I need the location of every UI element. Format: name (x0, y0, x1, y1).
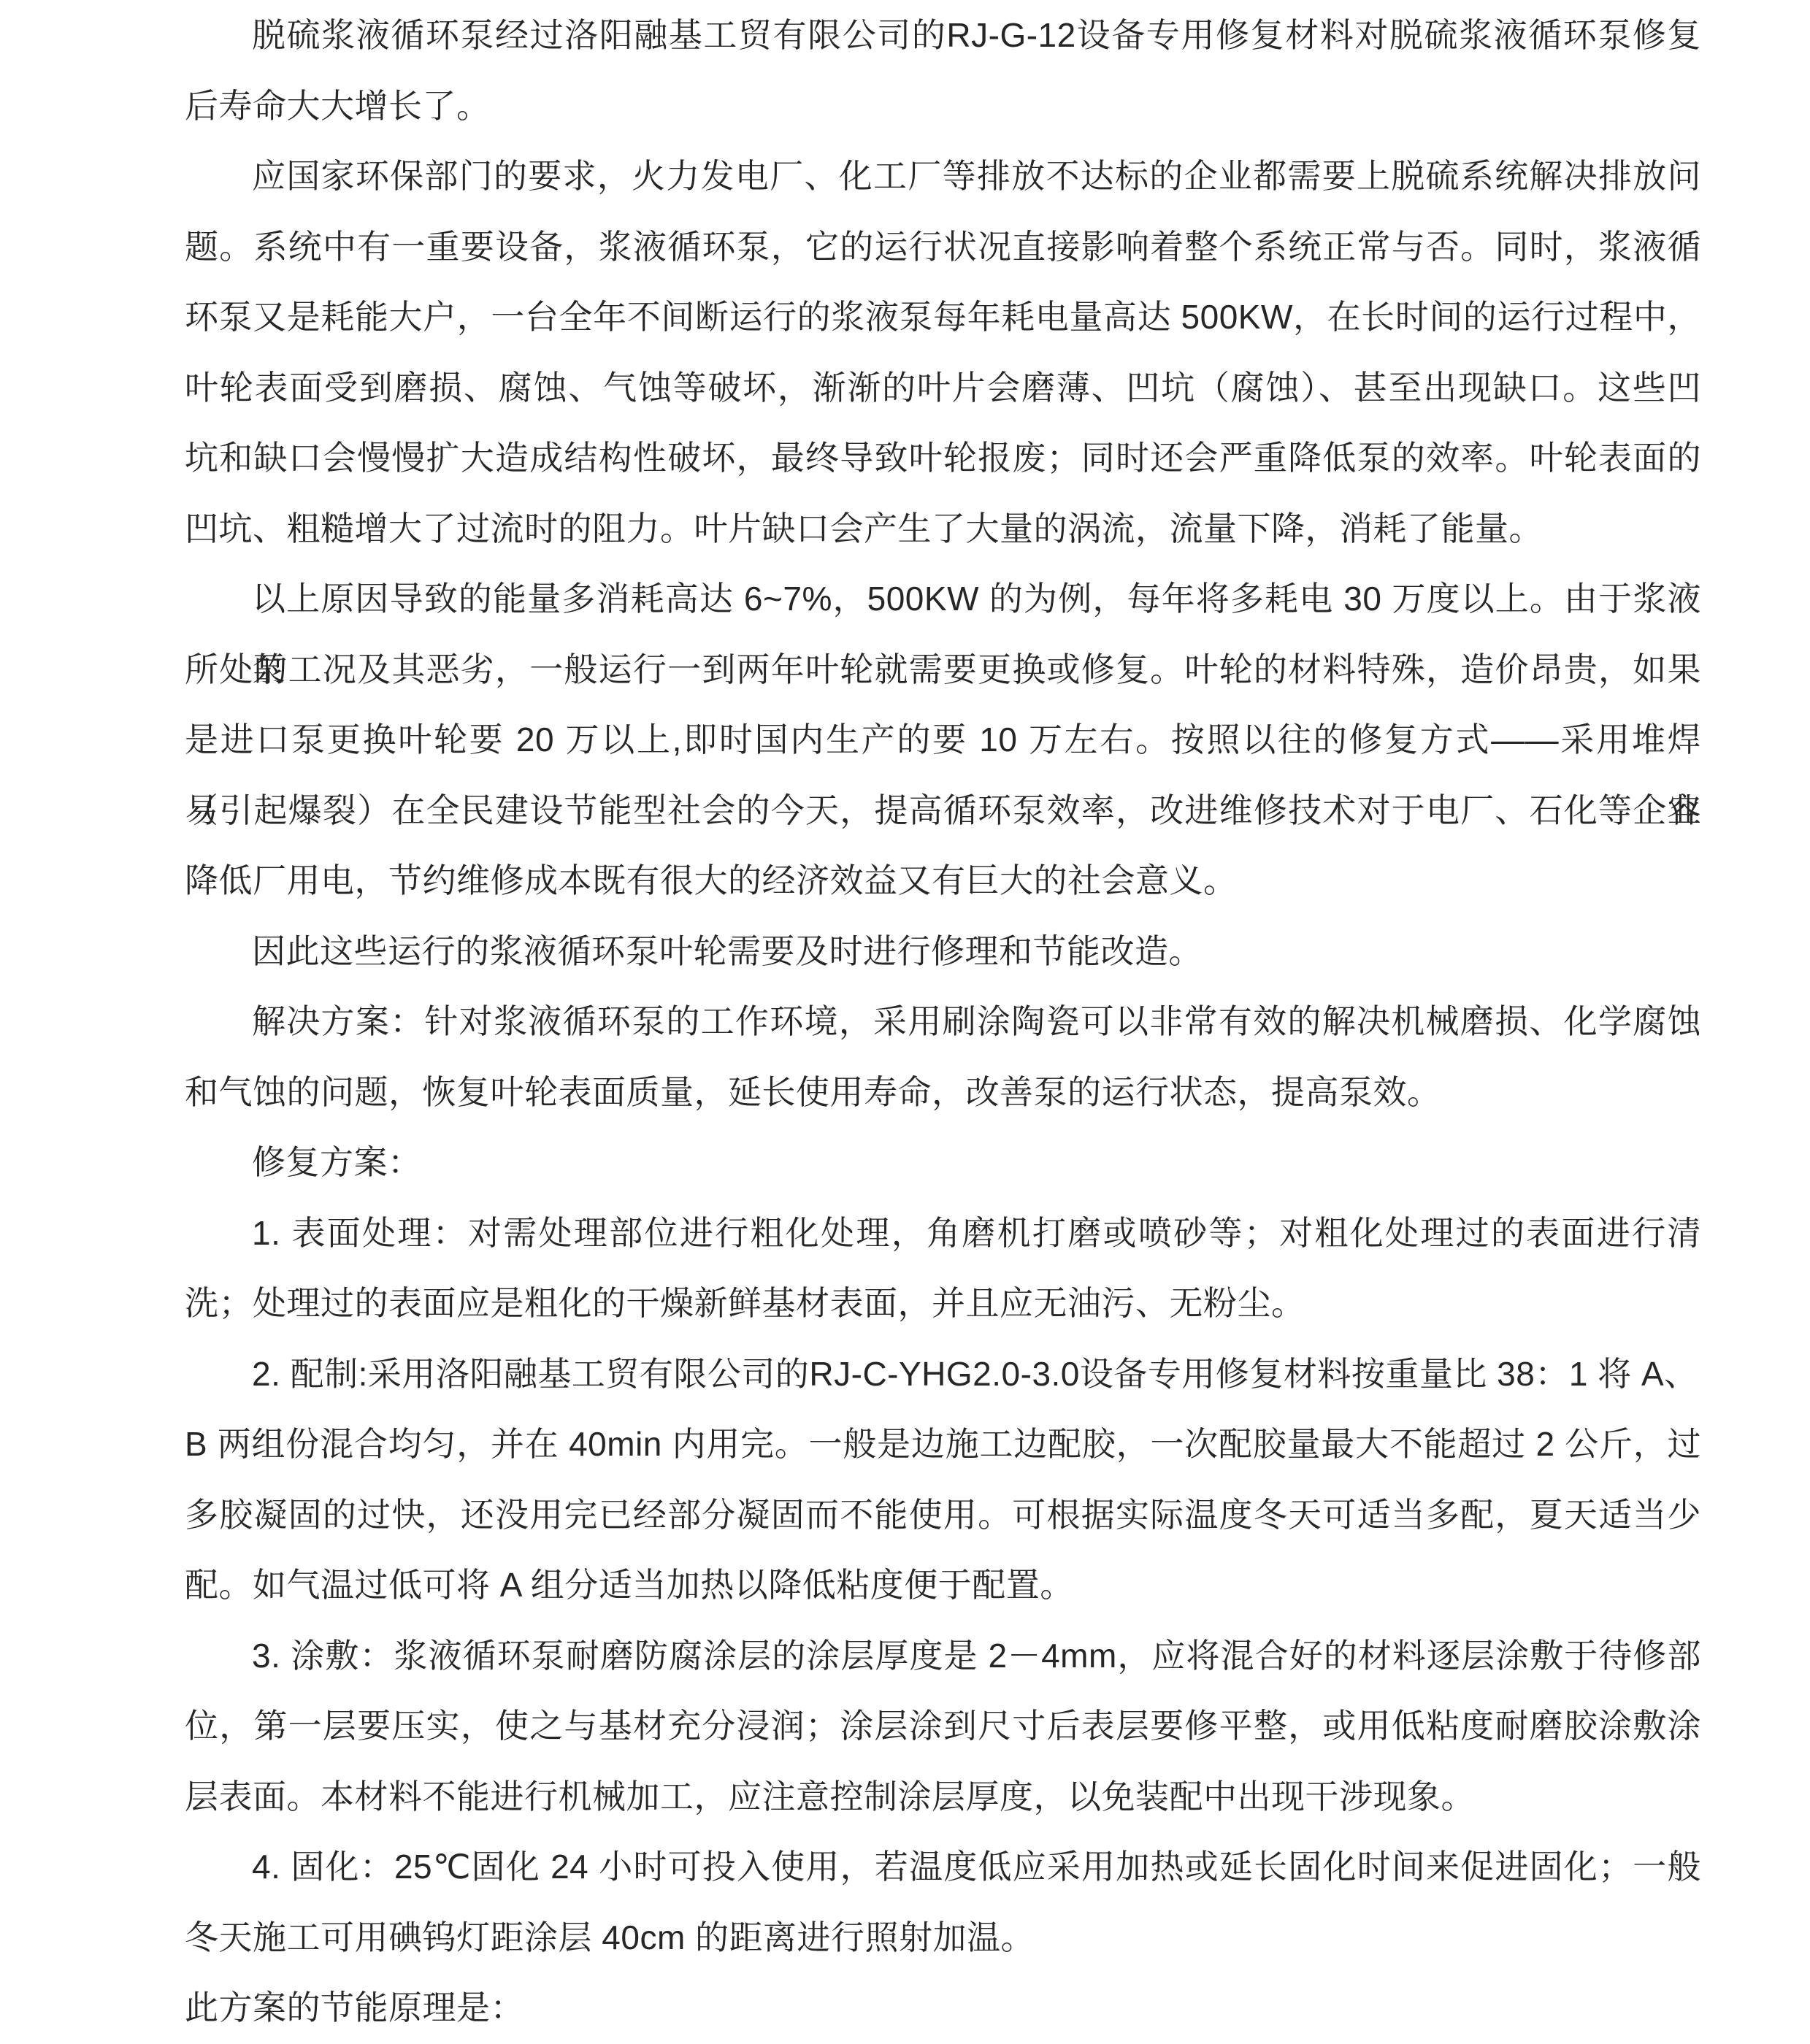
text-line: 脱硫浆液循环泵经过洛阳融基工贸有限公司的RJ-G-12设备专用修复材料对脱硫浆液… (185, 0, 1701, 71)
text-line: 应国家环保部门的要求，火力发电厂、化工厂等排放不达标的企业都需要上脱硫系统解决排… (185, 141, 1701, 212)
text-line: 叶轮表面受到磨损、腐蚀、气蚀等破坏，渐渐的叶片会磨薄、凹坑（腐蚀）、甚至出现缺口… (185, 353, 1701, 423)
text-line: 以上原因导致的能量多消耗高达 6~7%，500KW 的为例，每年将多耗电 30 … (185, 564, 1701, 634)
text-line: 题。系统中有一重要设备，浆液循环泵，它的运行状况直接影响着整个系统正常与否。同时… (185, 212, 1701, 283)
text-line: 凹坑、粗糙增大了过流时的阻力。叶片缺口会产生了大量的涡流，流量下降，消耗了能量。 (185, 493, 1701, 564)
text-line: 洗；处理过的表面应是粗化的干燥新鲜基材表面，并且应无油污、无粉尘。 (185, 1268, 1701, 1339)
text-line: 4. 固化：25℃固化 24 小时可投入使用，若温度低应采用加热或延长固化时间来… (185, 1832, 1701, 1902)
text-line: 1. 表面处理：对需处理部位进行粗化处理，角磨机打磨或喷砂等；对粗化处理过的表面… (185, 1198, 1701, 1269)
text-line: 因此这些运行的浆液循环泵叶轮需要及时进行修理和节能改造。 (185, 916, 1701, 987)
text-line: 后寿命大大增长了。 (185, 71, 1701, 142)
text-line: B 两组份混合均匀，并在 40min 内用完。一般是边施工边配胶，一次配胶量最大… (185, 1409, 1701, 1480)
text-line: 所处的工况及其恶劣，一般运行一到两年叶轮就需要更换或修复。叶轮的材料特殊，造价昂… (185, 634, 1701, 705)
text-line: 坑和缺口会慢慢扩大造成结构性破坏，最终导致叶轮报废；同时还会严重降低泵的效率。叶… (185, 423, 1701, 493)
document-text-block: 脱硫浆液循环泵经过洛阳融基工贸有限公司的RJ-G-12设备专用修复材料对脱硫浆液… (185, 0, 1701, 2043)
text-line: 环泵又是耗能大户，一台全年不间断运行的浆液泵每年耗电量高达 500KW，在长时间… (185, 282, 1701, 353)
text-line: 配。如气温过低可将 A 组分适当加热以降低粘度便于配置。 (185, 1550, 1701, 1621)
text-line: 多胶凝固的过快，还没用完已经部分凝固而不能使用。可根据实际温度冬天可适当多配，夏… (185, 1480, 1701, 1551)
text-line: 是进口泵更换叶轮要 20 万以上,即时国内生产的要 10 万左右。按照以往的修复… (185, 704, 1701, 775)
text-line: 3. 涂敷：浆液循环泵耐磨防腐涂层的涂层厚度是 2－4mm，应将混合好的材料逐层… (185, 1621, 1701, 1691)
text-line: 易引起爆裂）在全民建设节能型社会的今天，提高循环泵效率，改进维修技术对于电厂、石… (185, 775, 1701, 846)
text-line: 此方案的节能原理是： (185, 1972, 1701, 2043)
text-line: 冬天施工可用碘钨灯距涂层 40cm 的距离进行照射加温。 (185, 1902, 1701, 1973)
text-line: 2. 配制:采用洛阳融基工贸有限公司的RJ-C-YHG2.0-3.0设备专用修复… (185, 1339, 1701, 1410)
document-page: 脱硫浆液循环泵经过洛阳融基工贸有限公司的RJ-G-12设备专用修复材料对脱硫浆液… (0, 0, 1810, 2044)
text-line: 位，第一层要压实，使之与基材充分浸润；涂层涂到尺寸后表层要修平整，或用低粘度耐磨… (185, 1691, 1701, 1761)
text-line: 层表面。本材料不能进行机械加工，应注意控制涂层厚度，以免装配中出现干涉现象。 (185, 1761, 1701, 1832)
text-line: 降低厂用电，节约维修成本既有很大的经济效益又有巨大的社会意义。 (185, 845, 1701, 916)
text-line: 和气蚀的问题，恢复叶轮表面质量，延长使用寿命，改善泵的运行状态，提高泵效。 (185, 1057, 1701, 1128)
text-line: 解决方案：针对浆液循环泵的工作环境，采用刷涂陶瓷可以非常有效的解决机械磨损、化学… (185, 986, 1701, 1057)
text-line: 修复方案： (185, 1127, 1701, 1198)
